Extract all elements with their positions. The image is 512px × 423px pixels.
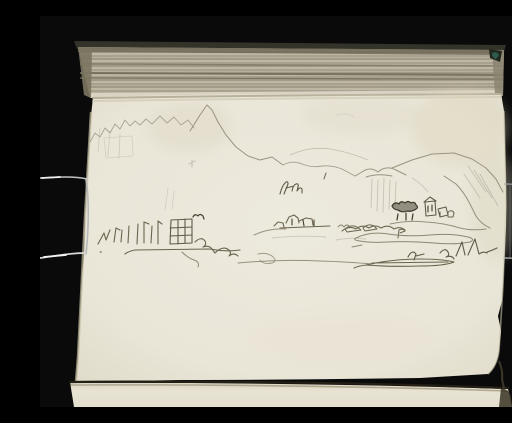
sketchbook-photograph: Open sketchbook photographed against a b… [40, 16, 512, 407]
photo-canvas: Open sketchbook photographed against a b… [40, 16, 512, 407]
page-edge-block [78, 47, 504, 98]
